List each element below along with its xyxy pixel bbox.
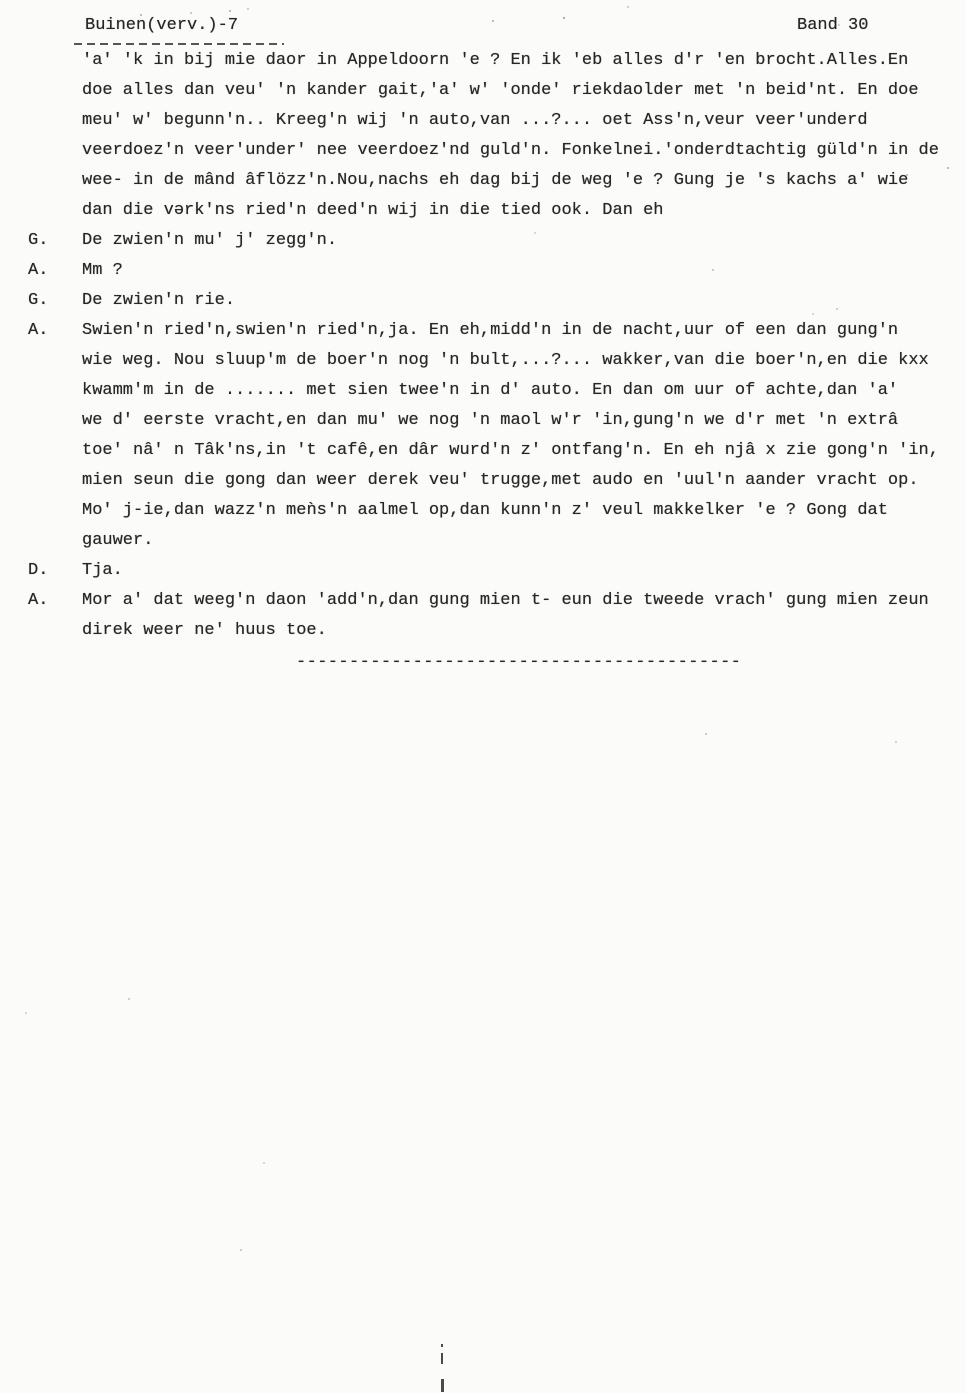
line-text: Mor a' dat weeg'n daon 'add'n,dan gung m… [82,591,929,610]
noise-speck [247,8,249,10]
speaker-label: A. [28,586,82,616]
transcript-line: D.Tja. [28,556,966,586]
speaker-label: A. [28,256,82,286]
line-text: veerdoez'n veer'under' nee veerdoez'nd g… [82,141,939,160]
noise-speck [128,998,130,1000]
line-text: mien seun die gong dan weer derek veu' t… [82,471,919,490]
speaker-label: G. [28,226,82,256]
title-dashed-underline [74,43,284,45]
line-text: toe' nâ' n Tâk'ns,in 't cafê,en dâr wurd… [82,441,939,460]
noise-speck [627,6,629,8]
transcript-line: G.De zwien'n mu' j' zegg'n. [28,226,966,256]
line-text: wee- in de mând âflözz'n.Nou,nachs eh da… [82,171,908,190]
noise-speck [705,733,707,735]
transcript-line: A.Swien'n ried'n,swien'n ried'n,ja. En e… [28,316,966,346]
noise-speck [836,308,838,310]
transcript-line: dan die vərk'ns ried'n deed'n wij in die… [28,196,966,226]
noise-speck [263,1162,265,1164]
transcript-line: wie weg. Nou sluup'm de boer'n nog 'n bu… [28,346,966,376]
transcript-line: meu' w' begunn'n.. Kreeg'n wij 'n auto,v… [28,106,966,136]
transcript-line: Mo' j-ie,dan wazz'n meǹs'n aalmel op,dan… [28,496,966,526]
transcript-line: we d' eerste vracht,en dan mu' we nog 'n… [28,406,966,436]
speaker-label: G. [28,286,82,316]
transcript-line: toe' nâ' n Tâk'ns,in 't cafê,en dâr wurd… [28,436,966,466]
line-text: direk weer ne' huus toe. [82,621,327,640]
section-separator: ----------------------------------------… [296,648,741,678]
line-text: wie weg. Nou sluup'm de boer'n nog 'n bu… [82,351,929,370]
transcript-line: A.Mm ? [28,256,966,286]
transcript-line: veerdoez'n veer'under' nee veerdoez'nd g… [28,136,966,166]
line-text: meu' w' begunn'n.. Kreeg'n wij 'n auto,v… [82,111,868,130]
noise-speck [25,1012,27,1014]
noise-speck [534,232,536,234]
line-text: Tja. [82,561,123,580]
noise-speck [895,741,897,743]
noise-speck [229,10,231,12]
transcript-line: 'a' 'k in bij mie daor in Appeldoorn 'e … [28,46,966,76]
line-text: we d' eerste vracht,en dan mu' we nog 'n… [82,411,898,430]
band-number-label: Band 30 [797,16,868,35]
line-text: De zwien'n rie. [82,291,235,310]
transcript-line: mien seun die gong dan weer derek veu' t… [28,466,966,496]
transcript-line: gauwer. [28,526,966,556]
noise-speck [947,167,949,169]
noise-speck [563,17,565,19]
transcript-line: doe alles dan veu' 'n kander gait,'a' w'… [28,76,966,106]
noise-speck [240,1249,242,1251]
line-text: 'a' 'k in bij mie daor in Appeldoorn 'e … [82,51,908,70]
transcript-line: G.De zwien'n rie. [28,286,966,316]
noise-speck [492,20,494,22]
line-text: Mo' j-ie,dan wazz'n meǹs'n aalmel op,dan… [82,501,888,520]
scanned-transcript-page: Buinen(verv.)-7 Band 30 'a' 'k in bij mi… [0,0,966,1393]
registration-mark [441,1344,443,1347]
line-text: Swien'n ried'n,swien'n ried'n,ja. En eh,… [82,321,898,340]
line-text: doe alles dan veu' 'n kander gait,'a' w'… [82,81,919,100]
registration-mark [441,1353,443,1364]
noise-speck [140,14,142,16]
noise-speck [712,269,714,271]
line-text: gauwer. [82,531,153,550]
noise-speck [906,174,908,176]
transcript-lines: 'a' 'k in bij mie daor in Appeldoorn 'e … [28,46,966,646]
line-text: Mm ? [82,261,123,280]
speaker-label: A. [28,316,82,346]
noise-speck [838,24,840,26]
speaker-label: D. [28,556,82,586]
line-text: kwamm'm in de ....... met sien twee'n in… [82,381,898,400]
transcript-line: wee- in de mând âflözz'n.Nou,nachs eh da… [28,166,966,196]
noise-speck [190,12,192,14]
transcript-line: kwamm'm in de ....... met sien twee'n in… [28,376,966,406]
line-text: De zwien'n mu' j' zegg'n. [82,231,337,250]
page-title: Buinen(verv.)-7 [85,16,238,35]
transcript-line: A.Mor a' dat weeg'n daon 'add'n,dan gung… [28,586,966,616]
registration-mark [441,1379,444,1392]
transcript-line: direk weer ne' huus toe. [28,616,966,646]
noise-speck [812,313,814,315]
line-text: dan die vərk'ns ried'n deed'n wij in die… [82,201,664,220]
